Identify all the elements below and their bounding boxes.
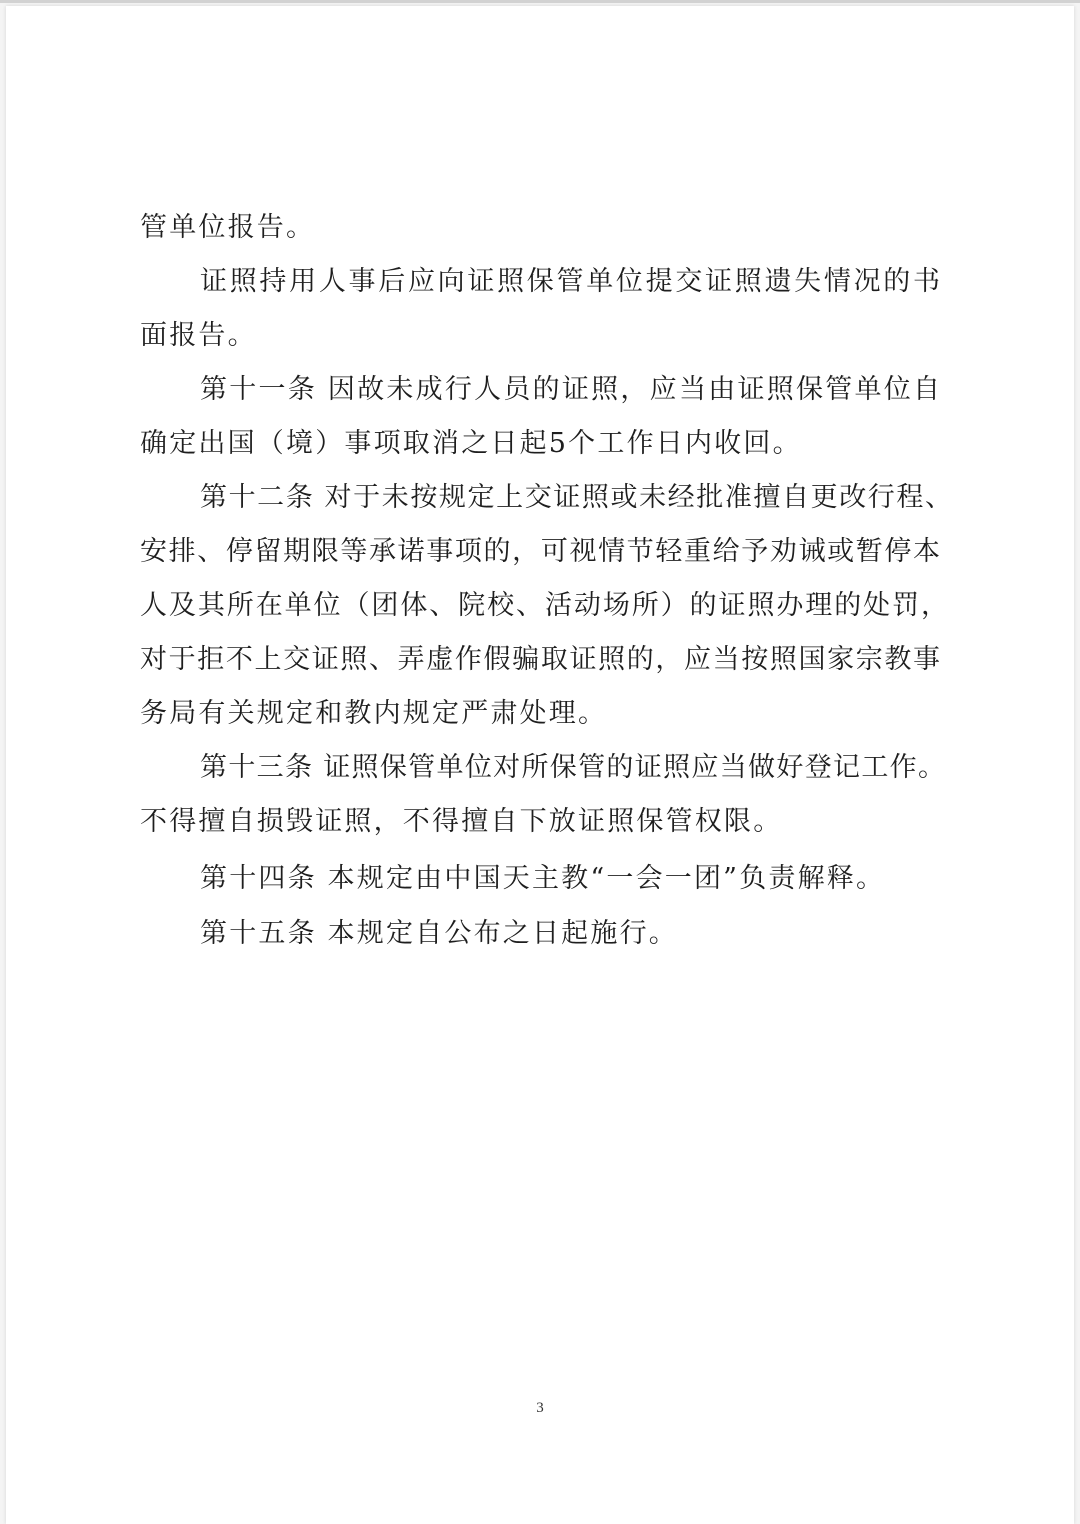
top-edge (0, 0, 1080, 3)
text-line: 不得擅自损毁证照，不得擅自下放证照保管权限。 (140, 805, 782, 839)
text-line: 人及其所在单位（团体、院校、活动场所）的证照办理的处罚， (140, 589, 948, 623)
text-line: 确定出国（境）事项取消之日起5个工作日内收回。 (140, 427, 802, 461)
article-14-line: 第十四条 本规定由中国天主教“一会一团”负责解释。 (200, 862, 885, 896)
article-12-line: 第十二条 对于未按规定上交证照或未经批准擅自更改行程、 (200, 481, 952, 515)
text-line: 务局有关规定和教内规定严肃处理。 (140, 697, 607, 731)
text-line: 证照持用人事后应向证照保管单位提交证照遗失情况的书 (200, 265, 940, 299)
text-line: 对于拒不上交证照、弄虚作假骗取证照的，应当按照国家宗教事 (140, 643, 940, 677)
page-number: 3 (0, 1400, 1080, 1417)
text-line: 面报告。 (140, 319, 257, 353)
article-13-line: 第十三条 证照保管单位对所保管的证照应当做好登记工作。 (200, 751, 945, 785)
article-11-line: 第十一条 因故未成行人员的证照，应当由证照保管单位自 (200, 373, 940, 407)
article-15-line: 第十五条 本规定自公布之日起施行。 (200, 917, 678, 951)
text-line: 安排、停留期限等承诺事项的，可视情节轻重给予劝诫或暂停本 (140, 535, 940, 569)
text-line: 管单位报告。 (140, 211, 315, 245)
